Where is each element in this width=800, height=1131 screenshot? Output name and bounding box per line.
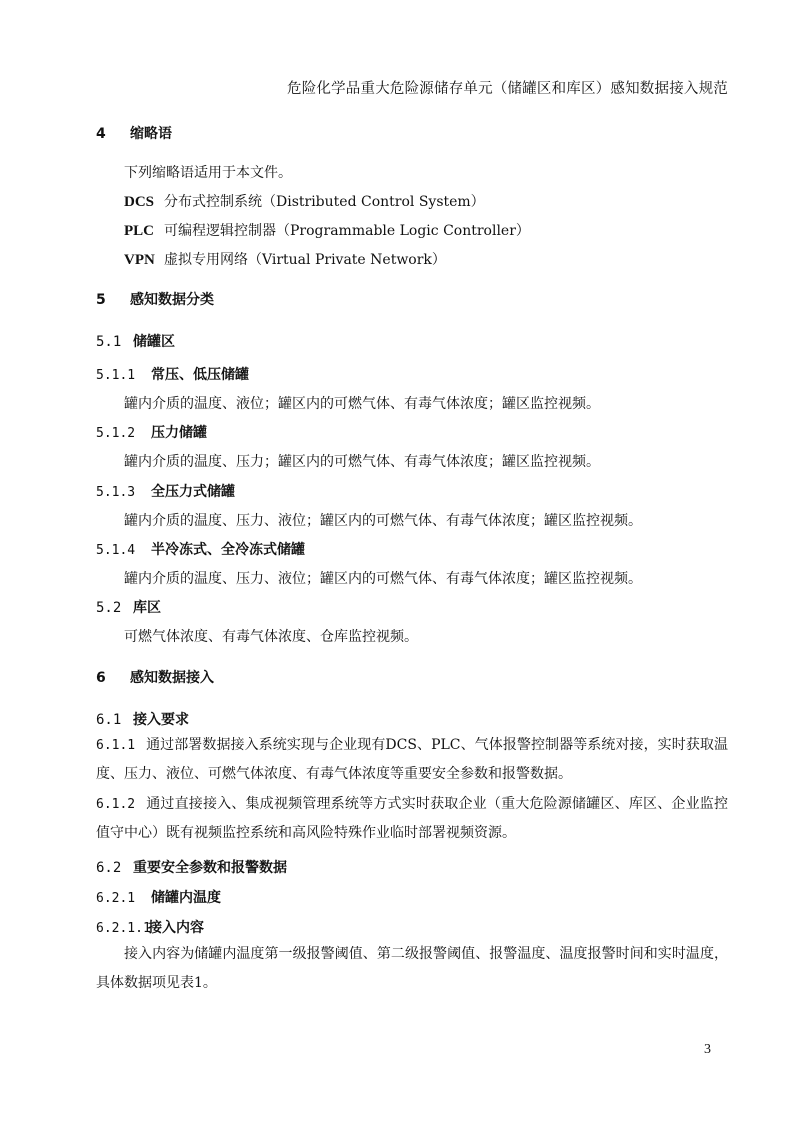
- section-5-2-text: 可燃气体浓度、有毒气体浓度、仓库监控视频。: [124, 626, 418, 646]
- section-title: 储罐内温度: [151, 890, 221, 906]
- document-page: 危险化学品重大危险源储存单元（储罐区和库区）感知数据接入规范 4缩略语 下列缩略…: [0, 0, 800, 1131]
- section-number: 6.2.1: [96, 891, 151, 906]
- section-number: 5.1: [96, 334, 133, 350]
- section-number: 6.1.2: [96, 790, 146, 819]
- abbr-key: DCS: [124, 194, 164, 211]
- section-6-2-heading: 6.2重要安全参数和报警数据: [96, 857, 287, 877]
- section-6-1-heading: 6.1接入要求: [96, 709, 189, 729]
- section-title: 感知数据分类: [130, 292, 214, 308]
- section-number: 5.1.2: [96, 426, 151, 441]
- section-title: 半冷冻式、全冷冻式储罐: [151, 542, 305, 558]
- page-number: 3: [704, 1042, 711, 1058]
- section-title: 接入要求: [133, 712, 189, 728]
- abbr-text: 可编程逻辑控制器（Programmable Logic Controller）: [164, 223, 530, 239]
- section-5-1-2-text: 罐内介质的温度、压力；罐区内的可燃气体、有毒气体浓度；罐区监控视频。: [124, 451, 600, 471]
- section-title: 缩略语: [130, 126, 172, 142]
- paragraph-text: 通过直接接入、集成视频管理系统等方式实时获取企业（重大危险源储罐区、库区、企业监…: [96, 796, 728, 841]
- abbr-row-plc: PLC可编程逻辑控制器（Programmable Logic Controlle…: [124, 220, 530, 240]
- abbr-text: 虚拟专用网络（Virtual Private Network）: [164, 252, 446, 268]
- section-4-heading: 4缩略语: [96, 123, 172, 143]
- section-6-2-1-1-text: 接入内容为储罐内温度第一级报警阈值、第二级报警阈值、报警温度、温度报警时间和实时…: [96, 940, 728, 998]
- section-6-2-1-1-heading: 6.2.1.1接入内容: [96, 917, 204, 937]
- section-5-1-3-heading: 5.1.3全压力式储罐: [96, 481, 235, 501]
- paragraph-text: 通过部署数据接入系统实现与企业现有DCS、PLC、气体报警控制器等系统对接，实时…: [96, 737, 728, 782]
- section-5-1-4-text: 罐内介质的温度、压力、液位；罐区内的可燃气体、有毒气体浓度；罐区监控视频。: [124, 568, 642, 588]
- section-number: 6.2: [96, 860, 133, 876]
- section-5-heading: 5感知数据分类: [96, 289, 214, 309]
- running-header: 危险化学品重大危险源储存单元（储罐区和库区）感知数据接入规范: [287, 77, 728, 98]
- section-5-1-1-heading: 5.1.1常压、低压储罐: [96, 364, 249, 384]
- section-6-1-1-para: 6.1.1通过部署数据接入系统实现与企业现有DCS、PLC、气体报警控制器等系统…: [96, 731, 728, 789]
- section-title: 重要安全参数和报警数据: [133, 860, 287, 876]
- section-6-1-2-para: 6.1.2通过直接接入、集成视频管理系统等方式实时获取企业（重大危险源储罐区、库…: [96, 790, 728, 848]
- section-number: 4: [96, 126, 130, 142]
- section-5-1-heading: 5.1储罐区: [96, 331, 175, 351]
- section-number: 5.1.4: [96, 543, 151, 558]
- abbr-row-vpn: VPN虚拟专用网络（Virtual Private Network）: [124, 249, 446, 269]
- section-title: 常压、低压储罐: [151, 367, 249, 383]
- abbr-intro: 下列缩略语适用于本文件。: [124, 162, 292, 182]
- section-number: 6.2.1.1: [96, 921, 148, 936]
- section-number: 6.1.1: [96, 731, 146, 760]
- section-title: 感知数据接入: [130, 670, 214, 686]
- section-5-2-heading: 5.2库区: [96, 597, 161, 617]
- section-number: 5.1.3: [96, 485, 151, 500]
- section-title: 全压力式储罐: [151, 484, 235, 500]
- section-5-1-4-heading: 5.1.4半冷冻式、全冷冻式储罐: [96, 539, 305, 559]
- section-title: 压力储罐: [151, 425, 207, 441]
- section-number: 5.2: [96, 600, 133, 616]
- section-number: 6: [96, 670, 130, 686]
- section-6-2-1-heading: 6.2.1储罐内温度: [96, 887, 221, 907]
- abbr-key: PLC: [124, 223, 164, 240]
- abbr-text: 分布式控制系统（Distributed Control System）: [164, 194, 485, 210]
- section-5-1-2-heading: 5.1.2压力储罐: [96, 422, 207, 442]
- section-title: 库区: [133, 600, 161, 616]
- abbr-key: VPN: [124, 252, 164, 269]
- section-number: 6.1: [96, 712, 133, 728]
- section-title: 储罐区: [133, 334, 175, 350]
- abbr-row-dcs: DCS分布式控制系统（Distributed Control System）: [124, 191, 485, 211]
- section-6-heading: 6感知数据接入: [96, 667, 214, 687]
- section-number: 5: [96, 292, 130, 308]
- section-5-1-3-text: 罐内介质的温度、压力、液位；罐区内的可燃气体、有毒气体浓度；罐区监控视频。: [124, 510, 642, 530]
- section-5-1-1-text: 罐内介质的温度、液位；罐区内的可燃气体、有毒气体浓度；罐区监控视频。: [124, 393, 600, 413]
- section-title: 接入内容: [148, 920, 204, 936]
- section-number: 5.1.1: [96, 368, 151, 383]
